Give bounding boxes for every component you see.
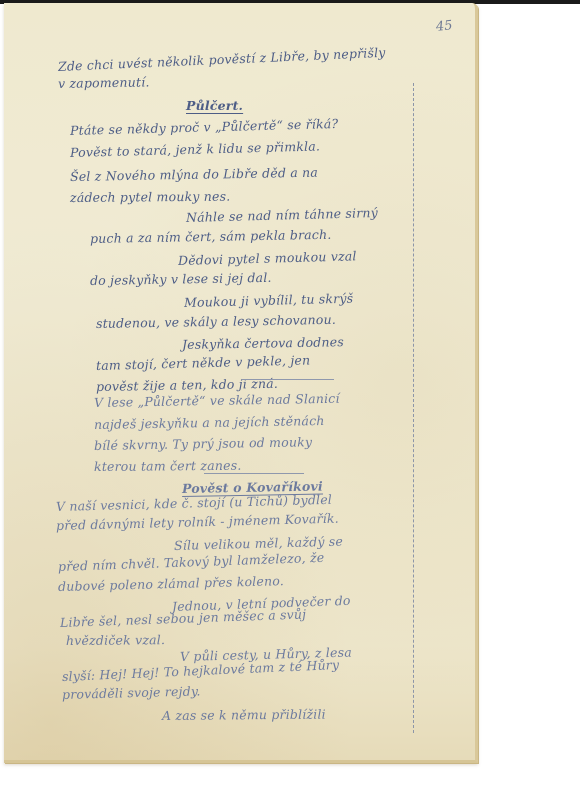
story-line: tam stojí, čert někde v pekle, jen [96, 352, 311, 373]
story-line: Moukou ji vybílil, tu skrýš [184, 291, 354, 310]
story-line: studenou, ve skály a lesy schovanou. [96, 312, 336, 331]
story-line: Libře šel, nesl sebou jen měšec a svůj [60, 606, 307, 630]
margin-line [413, 83, 414, 733]
story-line: hvězdiček vzal. [66, 632, 165, 648]
appendix-line: V lese „Půlčertě“ ve skále nad Slanicí [94, 391, 340, 410]
story-line: V naší vesnici, kde č. stojí (u Tichů) b… [56, 492, 332, 514]
story-line: Jeskyňka čertova dodnes [182, 334, 344, 352]
appendix-line: kterou tam čert zanes. [94, 458, 242, 474]
page-number: 45 [435, 18, 453, 35]
story-line: Šel z Nového mlýna do Libře děd a na [70, 165, 318, 184]
appendix-line: bílé skvrny. Ty prý jsou od mouky [94, 434, 312, 453]
story-line: před dávnými lety rolník - jménem Kovaří… [56, 511, 339, 533]
story-line: prováděli svoje rejdy. [62, 683, 201, 702]
divider-rule [204, 473, 304, 474]
story-line: před ním chvěl. Takový byl lamželezo, že [58, 550, 325, 574]
story-line: A zas se k němu přiblížili [162, 707, 326, 723]
story-line: Ptáte se někdy proč v „Půlčertě“ se říká… [70, 116, 339, 138]
intro-line: Zde chci uvést několik pověstí z Libře, … [58, 45, 386, 74]
story-line: puch a za ním čert, sám pekla brach. [90, 227, 332, 246]
story-line: zádech pytel mouky nes. [70, 189, 231, 205]
story-line: Pověst to stará, jenž k lidu se přimkla. [70, 138, 320, 160]
story-line: dubové poleno zlámal přes koleno. [58, 573, 284, 594]
divider-rule [242, 379, 334, 380]
story-title-pulcert: Půlčert. [186, 98, 243, 113]
story-line: Náhle se nad ním táhne sirný [186, 205, 378, 225]
intro-line: v zapomenutí. [58, 74, 150, 91]
appendix-line: najdeš jeskyňku a na jejích stěnách [94, 413, 325, 432]
manuscript-page: 45 Zde chci uvést několik pověstí z Libř… [4, 3, 478, 763]
story-line: Dědovi pytel s moukou vzal [178, 248, 357, 268]
story-line: do jeskyňky v lese si jej dal. [90, 270, 272, 288]
